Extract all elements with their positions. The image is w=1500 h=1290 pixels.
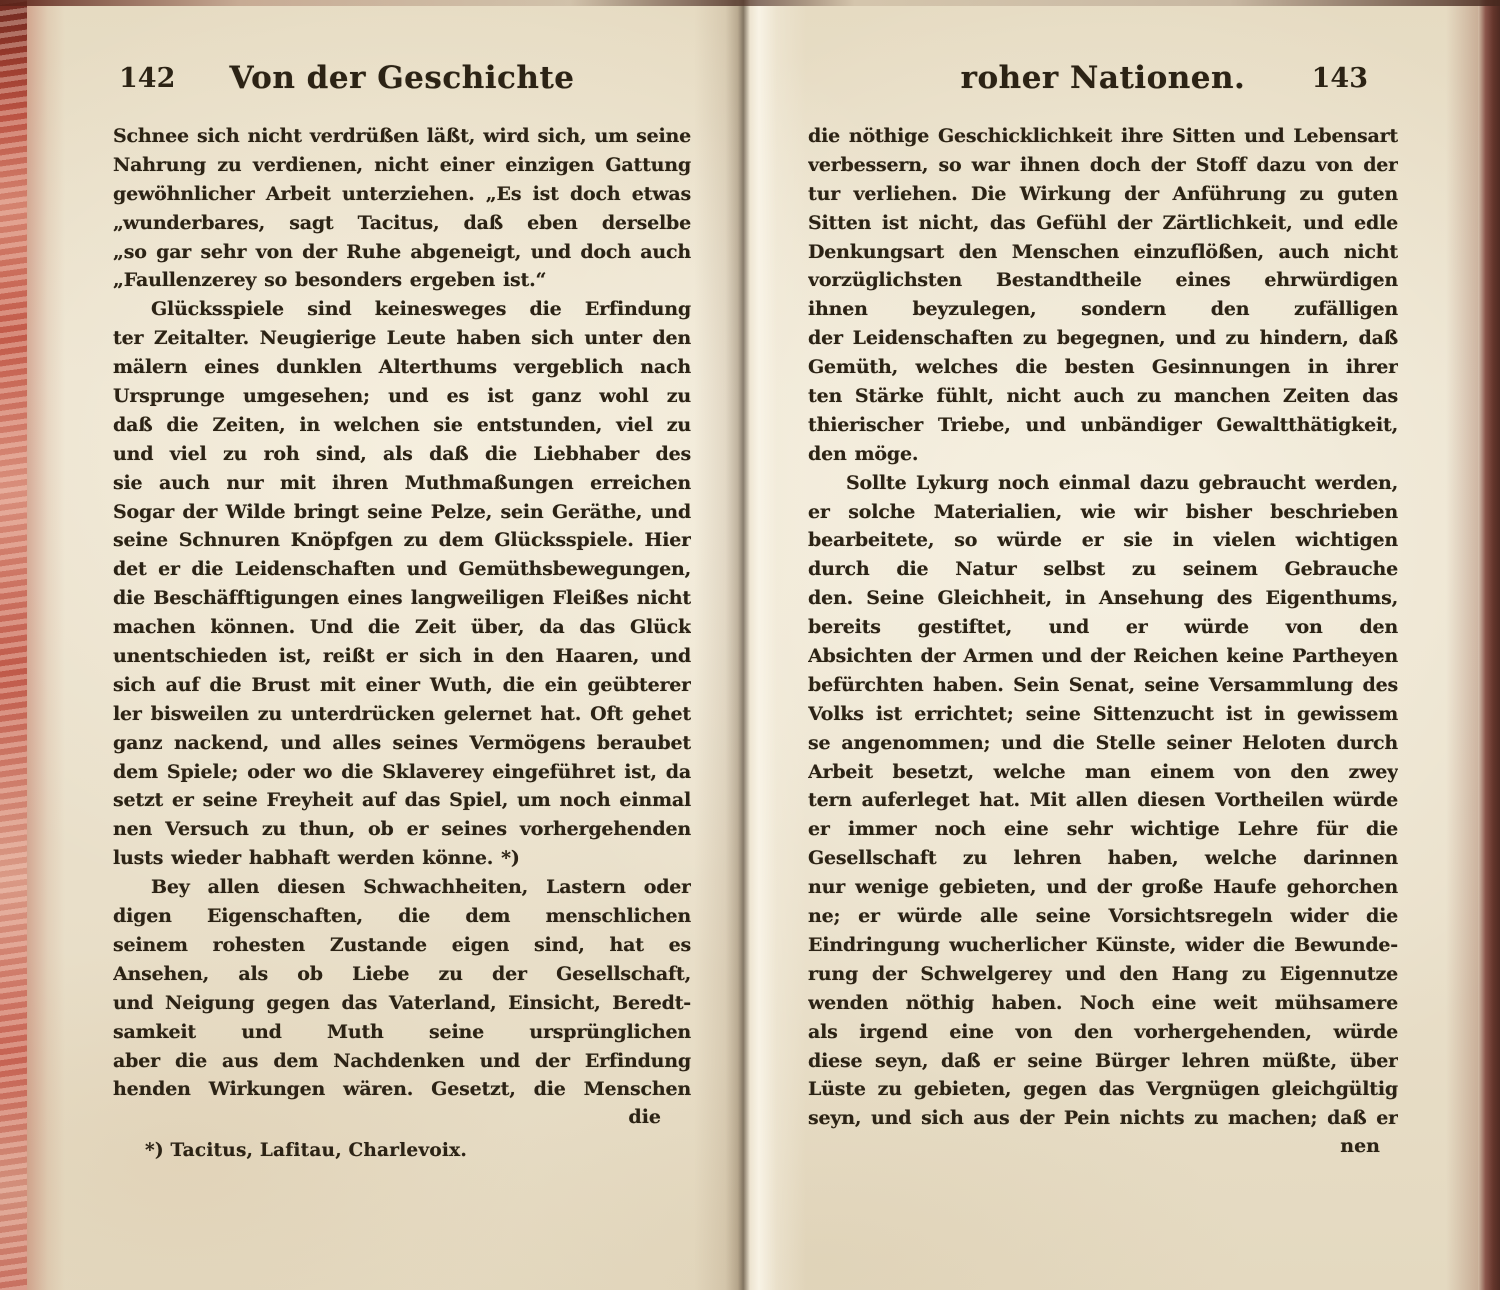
text-line: dem Spiele; oder wo die Sklaverey eingef… (113, 758, 691, 787)
text-line: ihnen beyzulegen, sondern den zufälligen… (808, 295, 1398, 324)
text-line: Glücksspiele sind keinesweges die Erfind… (113, 295, 691, 324)
text-line: nur wenige gebieten, und der große Haufe… (808, 873, 1398, 902)
text-line: Schnee sich nicht verdrüßen läßt, wird s… (113, 122, 691, 151)
text-line: und Neigung gegen das Vaterland, Einsich… (113, 989, 691, 1018)
body-text-right: die nöthige Geschicklichkeit ihre Sitten… (808, 122, 1398, 1133)
text-line: Sitten ist nicht, das Gefühl der Zärtlic… (808, 209, 1398, 238)
text-line: tern auferleget hat. Mit allen diesen Vo… (808, 786, 1398, 815)
text-line: det er die Leidenschaften und Gemüthsbew… (113, 555, 691, 584)
text-line: rung der Schwelgerey und den Hang zu Eig… (808, 960, 1398, 989)
text-line: als irgend eine von den vorhergehenden, … (808, 1018, 1398, 1047)
text-line: Ansehen, als ob Liebe zu der Gesellschaf… (113, 960, 691, 989)
text-line: den möge. (808, 440, 1398, 469)
catchword-right: nen (808, 1135, 1398, 1157)
text-line: Gemüth, welches die besten Gesinnungen i… (808, 353, 1398, 382)
text-line: henden Wirkungen wären. Gesetzt, die Men… (113, 1075, 691, 1104)
text-line: Denkungsart den Menschen einzuflößen, au… (808, 238, 1398, 267)
text-line: er solche Materialien, wie wir bisher be… (808, 498, 1398, 527)
text-line: verbessern, so war ihnen doch der Stoff … (808, 151, 1398, 180)
text-line: lusts wieder habhaft werden könne. *) (113, 844, 691, 873)
book-scan: 142 Von der Geschichte Schnee sich nicht… (0, 0, 1500, 1290)
text-line: vorzüglichsten Bestandtheile eines ehrwü… (808, 266, 1398, 295)
text-line: tur verliehen. Die Wirkung der Anführung… (808, 180, 1398, 209)
text-line: bereits gestiftet, und er würde von den … (808, 613, 1398, 642)
text-line: seyn, und sich aus der Pein nichts zu ma… (808, 1104, 1398, 1133)
text-line: ganz nackend, und alles seines Vermögens… (113, 729, 691, 758)
catchword-left: die (113, 1106, 691, 1128)
text-line: sie auch nur mit ihren Muthmaßungen erre… (113, 469, 691, 498)
text-line: Nahrung zu verdienen, nicht einer einzig… (113, 151, 691, 180)
body-text-left: Schnee sich nicht verdrüßen läßt, wird s… (113, 122, 691, 1104)
text-line: ten Stärke fühlt, nicht auch zu manchen … (808, 382, 1398, 411)
text-line: ler bisweilen zu unterdrücken gelernet h… (113, 700, 691, 729)
text-line: digen Eigenschaften, die dem menschliche… (113, 902, 691, 931)
text-line: sich auf die Brust mit einer Wuth, die e… (113, 671, 691, 700)
text-line: Bey allen diesen Schwachheiten, Lastern … (113, 873, 691, 902)
text-line: nen Versuch zu thun, ob er seines vorher… (113, 815, 691, 844)
book-edge-top-decoration (0, 0, 1500, 6)
text-line: „so gar sehr von der Ruhe abgeneigt, und… (113, 238, 691, 267)
text-line: die nöthige Geschicklichkeit ihre Sitten… (808, 122, 1398, 151)
text-line: ter Zeitalter. Neugierige Leute haben si… (113, 324, 691, 353)
text-line: wenden nöthig haben. Noch eine weit mühs… (808, 989, 1398, 1018)
page-right: roher Nationen. 143 die nöthige Geschick… (808, 60, 1398, 1157)
text-line: unentschieden ist, reißt er sich in den … (113, 642, 691, 671)
footnote: *) Tacitus, Lafitau, Charlevoix. (113, 1140, 691, 1161)
text-line: se angenommen; und die Stelle seiner Hel… (808, 729, 1398, 758)
text-line: Sogar der Wilde bringt seine Pelze, sein… (113, 498, 691, 527)
cover-edge-right-decoration (1478, 0, 1500, 1290)
text-line: durch die Natur selbst zu seinem Gebrauc… (808, 555, 1398, 584)
page-number-right: 143 (1312, 63, 1368, 94)
text-line: seinem rohesten Zustande eigen sind, hat… (113, 931, 691, 960)
text-line: „wunderbares, sagt Tacitus, daß eben der… (113, 209, 691, 238)
text-line: aber die aus dem Nachdenken und der Erfi… (113, 1047, 691, 1076)
running-title-right: roher Nationen. (808, 60, 1398, 96)
text-line: er immer noch eine sehr wichtige Lehre f… (808, 815, 1398, 844)
running-title-left: Von der Geschichte (113, 60, 691, 96)
page-header-right: roher Nationen. 143 (808, 60, 1398, 122)
text-line: der Leidenschaften zu begegnen, und zu h… (808, 324, 1398, 353)
text-line: Gesellschaft zu lehren haben, welche dar… (808, 844, 1398, 873)
text-line: Absichten der Armen und der Reichen kein… (808, 642, 1398, 671)
text-line: seine Schnuren Knöpfgen zu dem Glücksspi… (113, 526, 691, 555)
page-left: 142 Von der Geschichte Schnee sich nicht… (113, 60, 691, 1161)
text-line: Eindringung wucherlicher Künste, wider d… (808, 931, 1398, 960)
text-line: machen können. Und die Zeit über, da das… (113, 613, 691, 642)
text-line: samkeit und Muth seine ursprünglichen Ei… (113, 1018, 691, 1047)
text-line: setzt er seine Freyheit auf das Spiel, u… (113, 786, 691, 815)
text-line: Lüste zu gebieten, gegen das Vergnügen g… (808, 1075, 1398, 1104)
text-line: den. Seine Gleichheit, in Ansehung des E… (808, 584, 1398, 613)
fore-edge-left-decoration (0, 0, 27, 1290)
text-line: „Faullenzerey so besonders ergeben ist.“ (113, 266, 691, 295)
page-header-left: 142 Von der Geschichte (113, 60, 691, 122)
text-line: befürchten haben. Sein Senat, seine Vers… (808, 671, 1398, 700)
book-gutter-shadow (694, 0, 806, 1290)
text-line: Volks ist errichtet; seine Sittenzucht i… (808, 700, 1398, 729)
text-line: gewöhnlicher Arbeit unterziehen. „Es ist… (113, 180, 691, 209)
text-line: und viel zu roh sind, als daß die Liebha… (113, 440, 691, 469)
text-line: bearbeitete, so würde er sie in vielen w… (808, 526, 1398, 555)
text-line: thierischer Triebe, und unbändiger Gewal… (808, 411, 1398, 440)
text-line: ne; er würde alle seine Vorsichtsregeln … (808, 902, 1398, 931)
text-line: Ursprunge umgesehen; und es ist ganz woh… (113, 382, 691, 411)
text-line: Arbeit besetzt, welche man einem von den… (808, 758, 1398, 787)
text-line: diese seyn, daß er seine Bürger lehren m… (808, 1047, 1398, 1076)
text-line: mälern eines dunklen Alterthums vergebli… (113, 353, 691, 382)
text-line: daß die Zeiten, in welchen sie entstunde… (113, 411, 691, 440)
text-line: die Beschäfftigungen eines langweiligen … (113, 584, 691, 613)
text-line: Sollte Lykurg noch einmal dazu gebraucht… (808, 469, 1398, 498)
